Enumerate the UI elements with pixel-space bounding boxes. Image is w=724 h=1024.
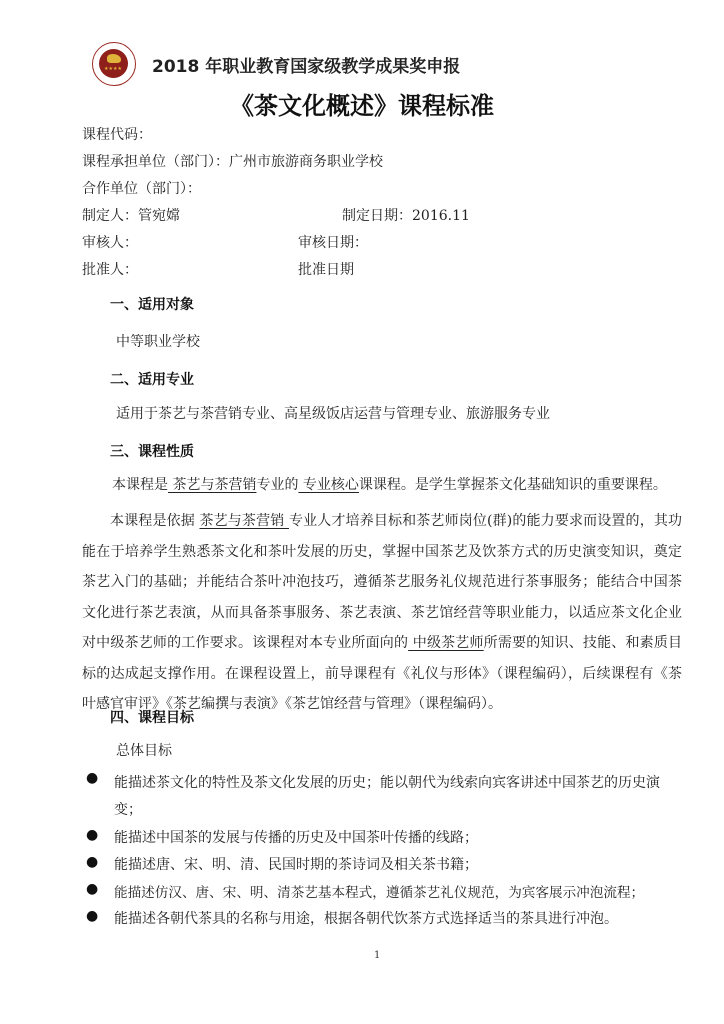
p2-text-pre: 本课程是依据 xyxy=(110,513,199,529)
course-code-label: 课程代码： xyxy=(82,127,152,143)
author-date-field: 制定日期：2016.11 xyxy=(342,205,470,225)
bullet-icon: ● xyxy=(86,881,98,897)
p1-text-post: 课课程。是学生掌握茶文化基础知识的重要课程。 xyxy=(359,477,667,493)
review-date-label: 审核日期： xyxy=(298,232,368,252)
bullet-icon: ● xyxy=(86,770,98,786)
section-heading-3: 三、课程性质 xyxy=(110,441,194,461)
stars-icon: ★★★★ xyxy=(104,66,122,72)
list-item: ● 能描述仿汉、唐、宋、明、清茶艺基本程式，遵循茶艺礼仪规范，为宾客展示冲泡流程… xyxy=(86,881,690,908)
approve-date-label: 批准日期 xyxy=(298,259,354,279)
author-date-label: 制定日期： xyxy=(342,208,412,224)
author-label: 制定人： xyxy=(82,208,138,224)
bullet-icon: ● xyxy=(86,908,98,924)
partner-field: 合作单位（部门）： xyxy=(82,178,201,198)
p1-underline-core: 专业核心 xyxy=(298,477,358,493)
bullet-icon: ● xyxy=(86,854,98,870)
p2-underline-major: 茶艺与茶营销 xyxy=(199,513,288,529)
goals-list: ● 能描述茶文化的特性及茶文化发展的历史；能以朝代为线索向宾客讲述中国茶艺的历史… xyxy=(86,770,690,935)
horse-icon xyxy=(107,54,121,63)
p1-underline-major: 茶艺与茶营销 xyxy=(168,477,256,493)
p2-text-mid: 专业人才培养目标和茶艺师岗位(群)的能力要求而设置的，其功能在于培养学生熟悉茶文… xyxy=(82,513,682,651)
list-item: ● 能描述各朝代茶具的名称与用途，根据各朝代饮茶方式选择适当的茶具进行冲泡。 xyxy=(86,908,690,935)
author-date-value: 2016.11 xyxy=(412,208,470,224)
p1-text-mid: 专业的 xyxy=(256,477,298,493)
section-subheading-4: 总体目标 xyxy=(116,740,172,760)
goal-text: 能描述各朝代茶具的名称与用途，根据各朝代饮茶方式选择适当的茶具进行冲泡。 xyxy=(114,908,618,928)
author-value: 管宛嫦 xyxy=(138,208,180,224)
reviewer-label: 审核人： xyxy=(82,232,138,252)
course-code-field: 课程代码： xyxy=(82,124,152,144)
section-text-2: 适用于茶艺与茶营销专业、高星级饭店运营与管理专业、旅游服务专业 xyxy=(116,403,550,423)
nature-paragraph-1: 本课程是 茶艺与茶营销专业的 专业核心课课程。是学生掌握茶文化基础知识的重要课程… xyxy=(112,474,667,494)
section-heading-4: 四、课程目标 xyxy=(110,707,194,727)
section-heading-2: 二、适用专业 xyxy=(110,369,194,389)
goal-text: 能描述茶文化的特性及茶文化发展的历史；能以朝代为线索向宾客讲述中国茶艺的历史演变… xyxy=(114,770,674,824)
nature-paragraph-2: 本课程是依据 茶艺与茶营销 专业人才培养目标和茶艺师岗位(群)的能力要求而设置的… xyxy=(82,506,682,720)
document-title: 《茶文化概述》课程标准 xyxy=(0,86,724,121)
undertaker-field: 课程承担单位（部门）：广州市旅游商务职业学校 xyxy=(82,151,383,171)
undertaker-label: 课程承担单位（部门）： xyxy=(82,154,229,170)
section-text-1: 中等职业学校 xyxy=(116,331,200,351)
goal-text: 能描述仿汉、唐、宋、明、清茶艺基本程式，遵循茶艺礼仪规范，为宾客展示冲泡流程； xyxy=(114,881,644,901)
list-item: ● 能描述茶文化的特性及茶文化发展的历史；能以朝代为线索向宾客讲述中国茶艺的历史… xyxy=(86,770,690,827)
partner-label: 合作单位（部门）： xyxy=(82,181,201,197)
bullet-icon: ● xyxy=(86,827,98,843)
goal-text: 能描述唐、宋、明、清、民国时期的茶诗词及相关茶书籍； xyxy=(114,854,478,874)
section-heading-1: 一、适用对象 xyxy=(110,294,194,314)
list-item: ● 能描述唐、宋、明、清、民国时期的茶诗词及相关茶书籍； xyxy=(86,854,690,881)
list-item: ● 能描述中国茶的发展与传播的历史及中国茶叶传播的线路； xyxy=(86,827,690,854)
p1-text-pre: 本课程是 xyxy=(112,477,168,493)
undertaker-value: 广州市旅游商务职业学校 xyxy=(229,154,383,170)
p2-underline-tea-artist: 中级茶艺师 xyxy=(408,635,484,651)
header-title: 2018 年职业教育国家级教学成果奖申报 xyxy=(152,52,460,77)
approver-label: 批准人： xyxy=(82,259,138,279)
page-number: 1 xyxy=(374,950,380,961)
author-field: 制定人：管宛嫦 xyxy=(82,205,180,225)
school-emblem-icon: ★★★★ xyxy=(92,42,136,86)
goal-text: 能描述中国茶的发展与传播的历史及中国茶叶传播的线路； xyxy=(114,827,478,847)
emblem-inner: ★★★★ xyxy=(99,49,128,78)
